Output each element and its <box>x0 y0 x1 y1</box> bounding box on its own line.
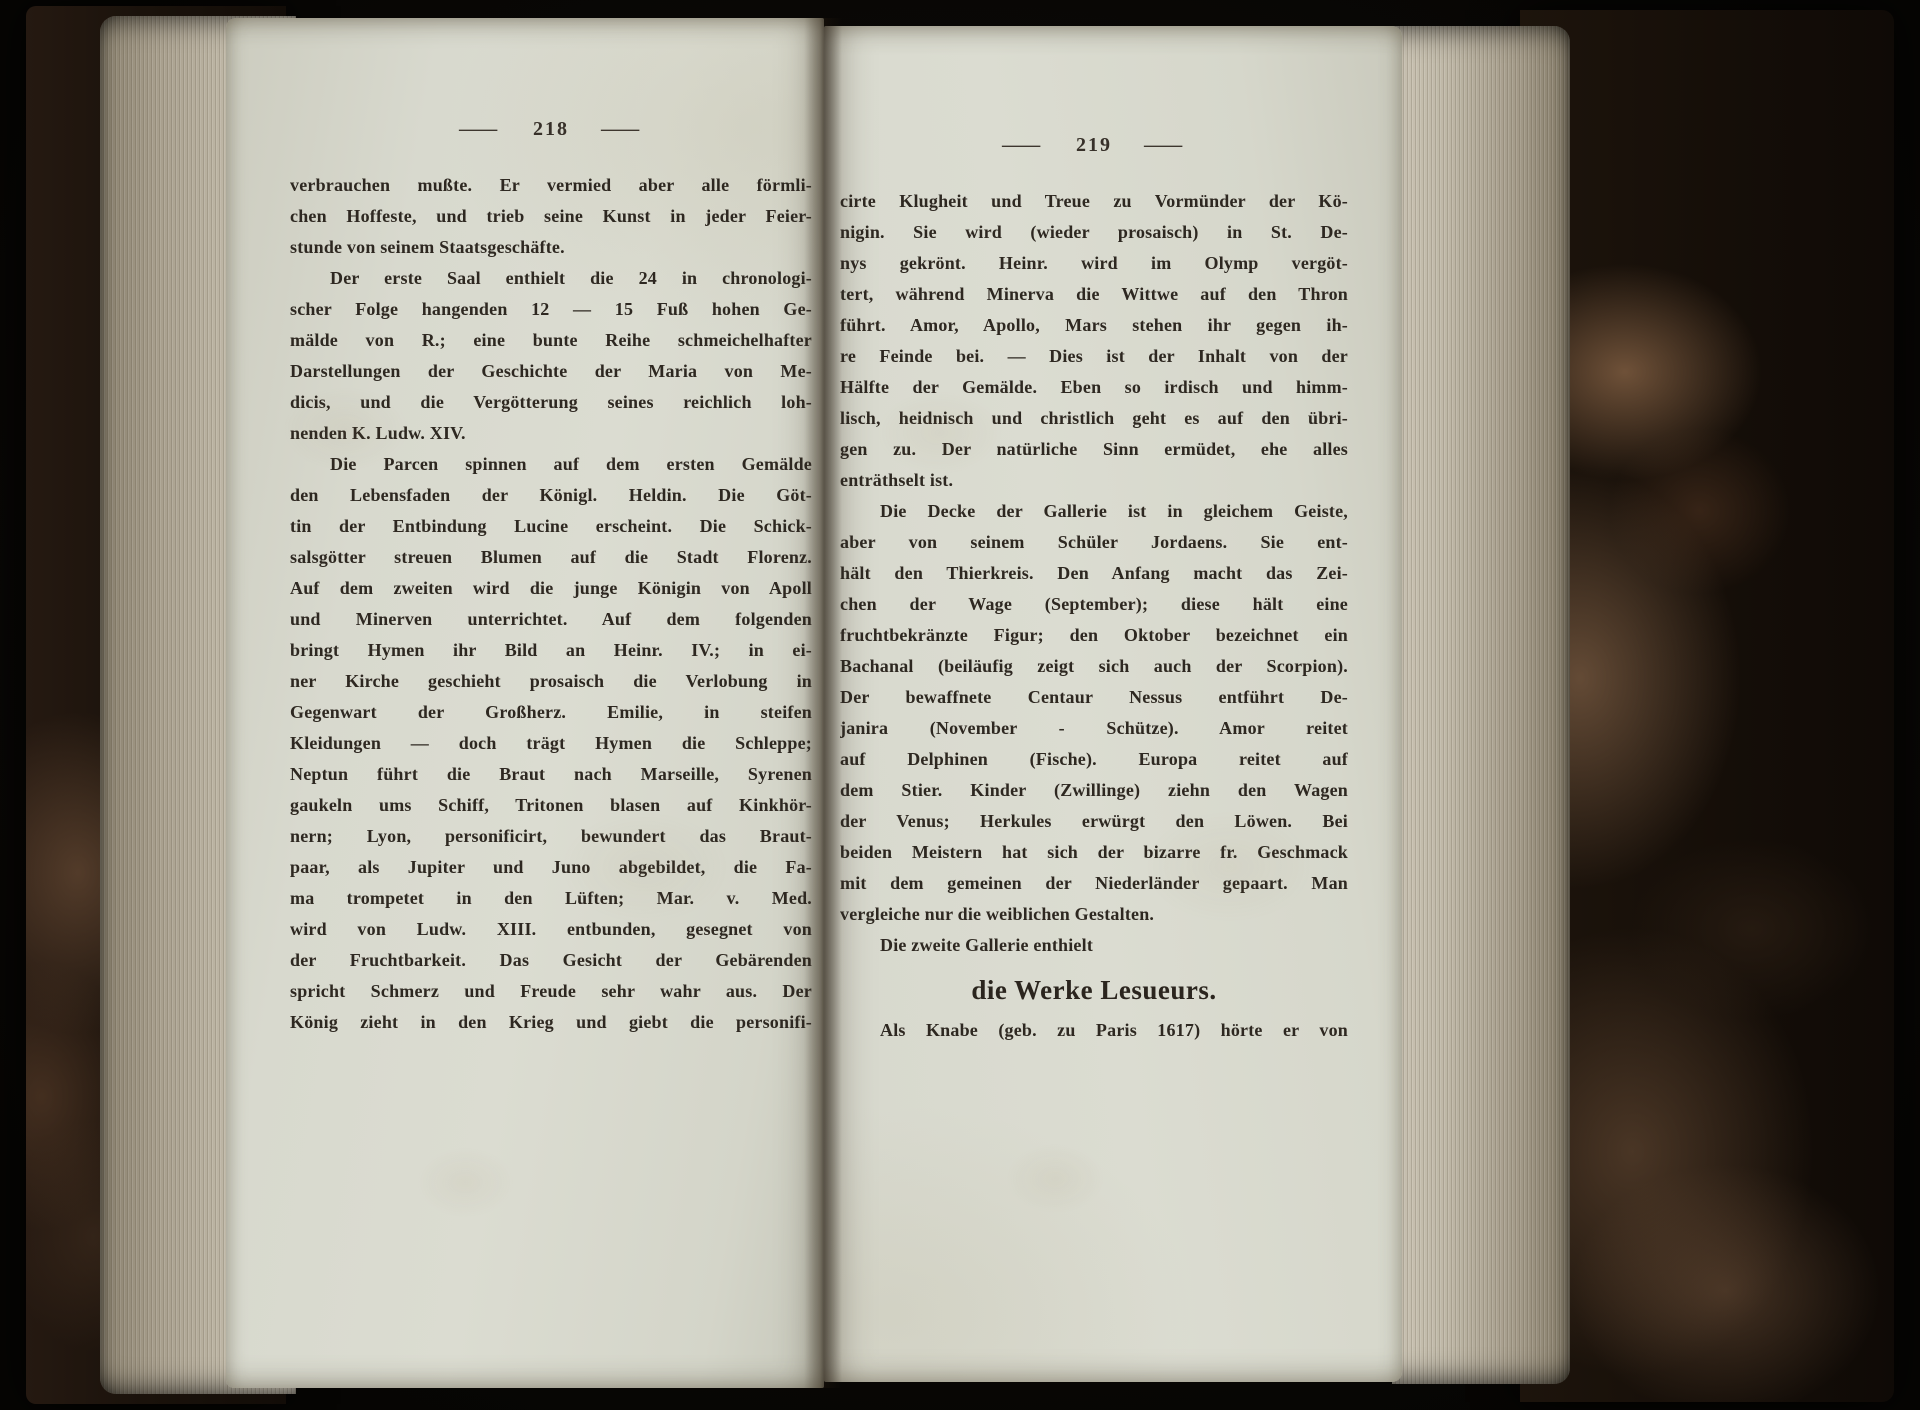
text-line: Kleidungen — doch trägt Hymen die Schlep… <box>290 728 812 759</box>
text-line: Hälfte der Gemälde. Eben so irdisch und … <box>840 372 1348 403</box>
text-line: vergleiche nur die weiblichen Gestalten. <box>840 899 1348 930</box>
text-line: Bachanal (beiläufig zeigt sich auch der … <box>840 651 1348 682</box>
text-line: salsgötter streuen Blumen auf die Stadt … <box>290 542 812 573</box>
text-line: den Lebensfaden der Königl. Heldin. Die … <box>290 480 812 511</box>
text-line: Die Parcen spinnen auf dem ersten Gemäld… <box>290 449 812 480</box>
text-line: scher Folge hangenden 12 — 15 Fuß hohen … <box>290 294 812 325</box>
page-number-right: 219 <box>1076 134 1112 157</box>
text-line: Die Decke der Gallerie ist in gleichem G… <box>840 496 1348 527</box>
text-line: Die zweite Gallerie enthielt <box>840 930 1348 961</box>
text-line: König zieht in den Krieg und giebt die p… <box>290 1007 812 1038</box>
text-line: spricht Schmerz und Freude sehr wahr aus… <box>290 976 812 1007</box>
text-line: der Venus; Herkules erwürgt den Löwen. B… <box>840 806 1348 837</box>
text-line: lisch, heidnisch und christlich geht es … <box>840 403 1348 434</box>
text-line: beiden Meistern hat sich der bizarre fr.… <box>840 837 1348 868</box>
header-dash-left: — <box>1002 134 1044 157</box>
text-line: re Feinde bei. — Dies ist der Inhalt von… <box>840 341 1348 372</box>
text-line: stunde von seinem Staatsgeschäfte. <box>290 232 812 263</box>
page-text-left: verbrauchen mußte. Er vermied aber alle … <box>290 170 812 1038</box>
book-page-left: — 218 — verbrauchen mußte. Er vermied ab… <box>226 18 824 1388</box>
book-page-right: — 219 — cirte Klugheit und Treue zu Vorm… <box>824 26 1402 1382</box>
text-line: cirte Klugheit und Treue zu Vormünder de… <box>840 186 1348 217</box>
header-dash-right: — <box>1144 134 1186 157</box>
text-line: chen der Wage (September); diese hält ei… <box>840 589 1348 620</box>
text-line: chen Hoffeste, und trieb seine Kunst in … <box>290 201 812 232</box>
text-line: der Fruchtbarkeit. Das Gesicht der Gebär… <box>290 945 812 976</box>
text-line: tin der Entbindung Lucine erscheint. Die… <box>290 511 812 542</box>
text-line: enträthselt ist. <box>840 465 1348 496</box>
text-line: dem Stier. Kinder (Zwillinge) ziehn den … <box>840 775 1348 806</box>
text-line: paar, als Jupiter und Juno abgebildet, d… <box>290 852 812 883</box>
text-line: gaukeln ums Schiff, Tritonen blasen auf … <box>290 790 812 821</box>
text-line: fruchtbekränzte Figur; den Oktober bezei… <box>840 620 1348 651</box>
photo-background: — 218 — verbrauchen mußte. Er vermied ab… <box>0 0 1920 1410</box>
text-line: Der bewaffnete Centaur Nessus entführt D… <box>840 682 1348 713</box>
text-line: Als Knabe (geb. zu Paris 1617) hörte er … <box>840 1015 1348 1046</box>
text-line: ner Kirche geschieht prosaisch die Verlo… <box>290 666 812 697</box>
text-line: janira (November - Schütze). Amor reitet <box>840 713 1348 744</box>
text-line: Neptun führt die Braut nach Marseille, S… <box>290 759 812 790</box>
text-line: mit dem gemeinen der Niederländer gepaar… <box>840 868 1348 899</box>
header-dash-left: — <box>459 118 501 141</box>
book-cover-right <box>1520 10 1894 1402</box>
header-dash-right: — <box>601 118 643 141</box>
text-line: nenden K. Ludw. XIV. <box>290 418 812 449</box>
text-line: ma trompetet in den Lüften; Mar. v. Med. <box>290 883 812 914</box>
text-line: mälde von R.; eine bunte Reihe schmeiche… <box>290 325 812 356</box>
text-line: nern; Lyon, personificirt, bewundert das… <box>290 821 812 852</box>
page-edges-right <box>1392 26 1570 1384</box>
page-number-left: 218 <box>533 118 569 141</box>
text-line: verbrauchen mußte. Er vermied aber alle … <box>290 170 812 201</box>
text-line: Der erste Saal enthielt die 24 in chrono… <box>290 263 812 294</box>
text-line: führt. Amor, Apollo, Mars stehen ihr geg… <box>840 310 1348 341</box>
page-header-right: — 219 — <box>840 130 1348 160</box>
text-line: bringt Hymen ihr Bild an Heinr. IV.; in … <box>290 635 812 666</box>
text-line: dicis, und die Vergötterung seines reich… <box>290 387 812 418</box>
page-text-right: cirte Klugheit und Treue zu Vormünder de… <box>840 186 1348 1046</box>
text-line: Gegenwart der Großherz. Emilie, in steif… <box>290 697 812 728</box>
text-line: auf Delphinen (Fische). Europa reitet au… <box>840 744 1348 775</box>
text-line: aber von seinem Schüler Jordaens. Sie en… <box>840 527 1348 558</box>
text-line: nys gekrönt. Heinr. wird im Olymp vergöt… <box>840 248 1348 279</box>
text-line: gen zu. Der natürliche Sinn ermüdet, ehe… <box>840 434 1348 465</box>
text-line: und Minerven unterrichtet. Auf dem folge… <box>290 604 812 635</box>
text-line: wird von Ludw. XIII. entbunden, gesegnet… <box>290 914 812 945</box>
page-header-left: — 218 — <box>290 114 812 144</box>
text-line: hält den Thierkreis. Den Anfang macht da… <box>840 558 1348 589</box>
text-line: Darstellungen der Geschichte der Maria v… <box>290 356 812 387</box>
section-heading: die Werke Lesueurs. <box>840 969 1348 1015</box>
text-line: Auf dem zweiten wird die junge Königin v… <box>290 573 812 604</box>
text-line: tert, während Minerva die Wittwe auf den… <box>840 279 1348 310</box>
text-line: nigin. Sie wird (wieder prosaisch) in St… <box>840 217 1348 248</box>
